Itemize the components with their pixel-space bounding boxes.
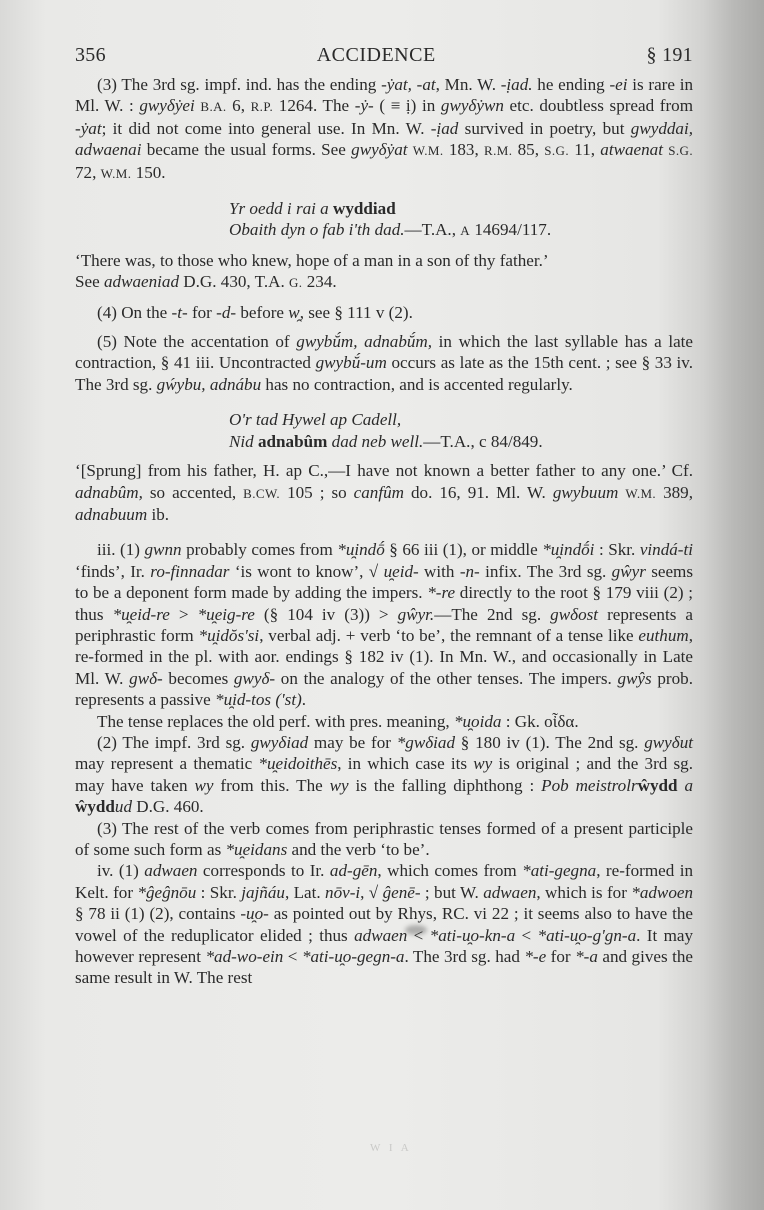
- paragraph-2-impf: (2) The impf. 3rd sg. gwyδiad may be for…: [75, 732, 693, 818]
- signature-mark: W I A: [370, 1142, 412, 1154]
- running-head: 356 ACCIDENCE § 191: [75, 44, 693, 74]
- paragraph-5: (5) Note the accentation of gwybŭ́m, adn…: [75, 331, 693, 395]
- page-title: ACCIDENCE: [317, 44, 436, 67]
- ink-smudge: [405, 925, 427, 935]
- verse-quotation-1: Yr oedd i rai a wyddiad Obaith dyn o fab…: [229, 198, 693, 242]
- verse-line: Obaith dyn o fab i'th dad.—T.A., A 14694…: [229, 219, 693, 241]
- paragraph-iv: iv. (1) adwaen corresponds to Ir. ad-gēn…: [75, 860, 693, 988]
- paragraph-iii: iii. (1) gwnn probably comes from *u̯ind…: [75, 539, 693, 710]
- book-page: 356 ACCIDENCE § 191 (3) The 3rd sg. impf…: [75, 44, 693, 989]
- verse-line: O'r tad Hywel ap Cadell,: [229, 409, 693, 430]
- translation-1: ‘There was, to those who knew, hope of a…: [75, 250, 693, 294]
- verse-line: Nid adnabûm dad neb well.—T.A., c 84/849…: [229, 431, 693, 452]
- page-number: 356: [75, 44, 106, 67]
- verse-line: Yr oedd i rai a wyddiad: [229, 198, 693, 219]
- paragraph-3-impf: (3) The 3rd sg. impf. ind. has the endin…: [75, 74, 693, 184]
- paragraph-4: (4) On the -t- for -d- before w̯, see § …: [75, 302, 693, 323]
- verse-quotation-2: O'r tad Hywel ap Cadell, Nid adnabûm dad…: [229, 409, 693, 452]
- paragraph-3-rest: (3) The rest of the verb comes from peri…: [75, 818, 693, 861]
- translation-2: ‘[Sprung] from his father, H. ap C.,—I h…: [75, 460, 693, 525]
- section-number: § 191: [646, 44, 693, 67]
- paragraph-tense: The tense replaces the old perf. with pr…: [75, 711, 693, 732]
